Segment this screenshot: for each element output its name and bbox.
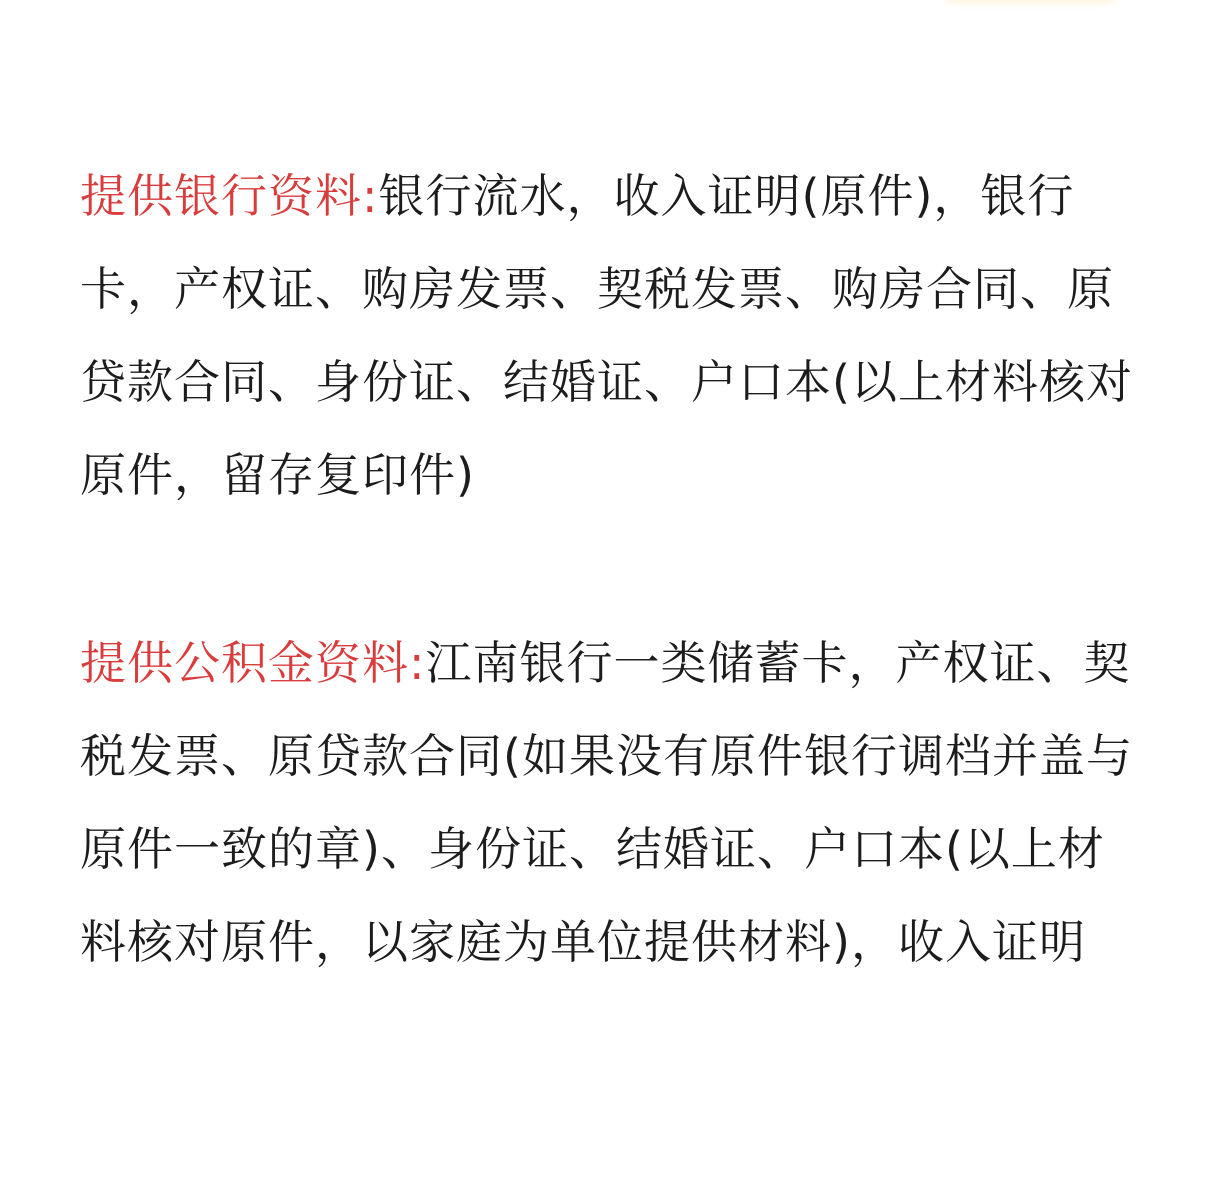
fund-materials-label: 提供公积金资料: (80, 636, 426, 690)
bank-materials-section: 提供银行资料:银行流水，收入证明(原件)，银行卡，产权证、购房发票、契税发票、购… (80, 150, 1140, 522)
bank-materials-label: 提供银行资料: (80, 169, 379, 223)
decorative-top-shape (940, 0, 1120, 4)
fund-materials-section: 提供公积金资料:江南银行一类储蓄卡，产权证、契税发票、原贷款合同(如果没有原件银… (80, 617, 1140, 989)
